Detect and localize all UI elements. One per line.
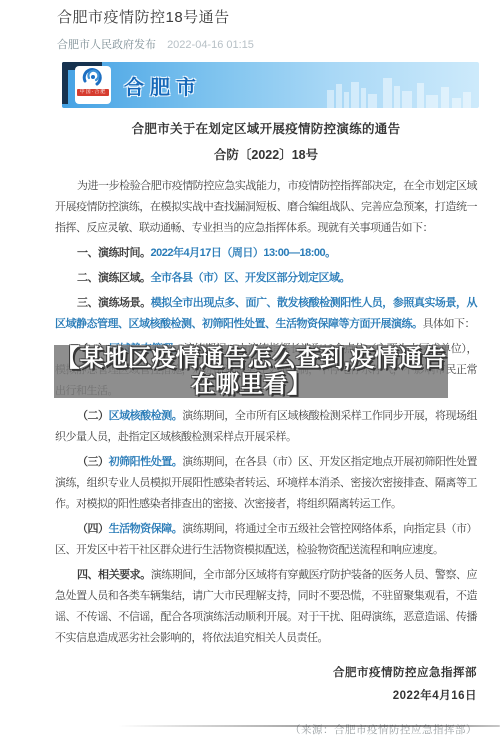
section-tail: 具体如下： <box>423 318 476 330</box>
logo-caption: 中国·合肥 <box>77 89 109 96</box>
section-2-area: 二、演练区域。全市各县（市）区、开发区部分划定区域。 <box>55 268 477 289</box>
signature-block: 合肥市疫情防控应急指挥部 2022年4月16日 <box>55 664 477 703</box>
signature-date: 2022年4月16日 <box>55 687 477 703</box>
section-value: 2022年4月17日（周日）13:00—18:00。 <box>151 247 336 259</box>
hefei-city-logo-icon: 中国·合肥 <box>75 66 111 104</box>
intro-text: 为进一步检验合肥市疫情防控应急实战能力，市疫情防控指挥部决定，在全市划定区域开展… <box>55 180 477 234</box>
subsection-name: 生活物资保障。 <box>109 523 183 535</box>
article-header: 合肥市疫情防控18号通告 合肥市人民政府发布 2022-04-16 01:15 <box>57 6 477 52</box>
section-1-time: 一、演练时间。2022年4月17日（周日）13:00—18:00。 <box>55 243 477 264</box>
intro-paragraph: 为进一步检验合肥市疫情防控应急实战能力，市疫情防控指挥部决定，在全市划定区域开展… <box>55 176 477 239</box>
section-label: 二、演练区域。 <box>77 272 151 284</box>
watermark-text-line1: 【某地区疫情通告怎么查到,疫情通告 <box>56 346 447 372</box>
watermark-text-line2: 在哪里看】 <box>191 372 311 398</box>
notice-body: 为进一步检验合肥市疫情防控应急实战能力，市疫情防控指挥部决定，在全市划定区域开展… <box>55 176 477 649</box>
city-skyline-icon <box>325 74 475 108</box>
notice-document: 中国·合肥 合肥市 合肥市关于在划定区域开展疫情防控演练的通告 合 <box>55 62 477 737</box>
section-4-requirements: 四、相关要求。演练期间，全市部分区域将有穿戴医疗防护装备的医务人员、警察、应急处… <box>55 565 477 649</box>
signature-issuer: 合肥市疫情防控应急指挥部 <box>55 664 477 680</box>
byline: 合肥市人民政府发布 2022-04-16 01:15 <box>57 36 477 52</box>
subsection-name: 初筛阳性处置。 <box>109 456 183 468</box>
publish-timestamp: 2022-04-16 01:15 <box>167 39 254 51</box>
subsection-prefix: （二） <box>77 410 109 422</box>
banner-city-name: 合肥市 <box>124 71 202 100</box>
section-label: 四、相关要求。 <box>77 569 151 581</box>
subsection-3-positive-handling: （三）初筛阳性处置。演练期间，在各县（市）区、开发区指定地点开展初筛阳性处置演练… <box>55 452 477 515</box>
article-title: 合肥市疫情防控18号通告 <box>57 6 477 27</box>
section-label: 三、演练场景。 <box>77 297 151 309</box>
logo-emblem-icon <box>81 68 105 88</box>
subsection-prefix: （四） <box>77 523 109 535</box>
letterhead-banner: 中国·合肥 合肥市 <box>62 62 479 108</box>
publisher-name: 合肥市人民政府发布 <box>57 39 156 51</box>
bottom-divider <box>118 725 500 727</box>
subsection-2-nucleic-testing: （二）区域核酸检测。演练期间，全市所有区域核酸检测采样工作同步开展，将现场组织少… <box>55 406 477 448</box>
subsection-prefix: （三） <box>77 456 109 468</box>
subsection-4-supplies: （四）生活物资保障。演练期间，将通过全市五级社会管控网络体系，向指定县（市）区、… <box>55 519 477 561</box>
notice-title: 合肥市关于在划定区域开展疫情防控演练的通告 <box>55 119 477 137</box>
watermark-overlay: 【某地区疫情通告怎么查到,疫情通告 在哪里看】 <box>54 345 448 398</box>
section-value: 全市各县（市）区、开发区部分划定区域。 <box>151 272 351 284</box>
subsection-name: 区域核酸检测。 <box>109 410 183 422</box>
section-3-scenario: 三、演练场景。模拟全市出现点多、面广、散发核酸检测阳性人员，参照真实场景，从区域… <box>55 293 477 335</box>
section-label: 一、演练时间。 <box>77 247 151 259</box>
photo-corner-artifact <box>62 62 68 104</box>
notice-doc-number: 合防〔2022〕18号 <box>55 145 477 163</box>
